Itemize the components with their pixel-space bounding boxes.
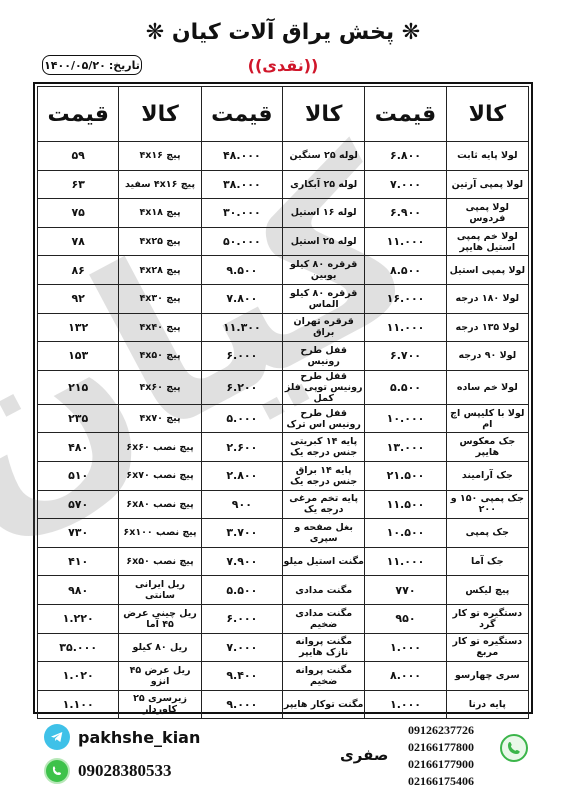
price-cell: ۵۹ — [38, 142, 119, 171]
item-name-cell: لولا پمپی فردوس — [446, 199, 528, 228]
item-name-cell: پیچ ۴x۲۵ — [119, 227, 201, 256]
table-row: لولا پمپی فردوس۶.۹۰۰لوله ۱۶ استیل۳۰.۰۰۰پ… — [38, 199, 529, 228]
table-row: لولا پمپی استیل۸.۵۰۰قرقره ۸۰ کیلو بوبین۹… — [38, 256, 529, 285]
price-cell: ۱۳.۰۰۰ — [365, 433, 446, 462]
item-name-cell: لولا ۱۳۵ درجه — [446, 313, 528, 342]
item-name-cell: قفل طرح رونیس توپی فلز کمل — [283, 370, 365, 404]
whatsapp-icon — [44, 758, 70, 784]
item-name-cell: سری چهارسو — [446, 662, 528, 691]
item-name-cell: لولا پمپی آرتین — [446, 170, 528, 199]
price-cell: ۱.۱۰۰ — [38, 690, 119, 719]
phone-number[interactable]: 02166175406 — [408, 773, 474, 790]
column-header-item: کالا — [119, 87, 201, 142]
item-name-cell: لولا خم ساده — [446, 370, 528, 404]
price-table-frame: کیان کالا قیمت کالا قیمت کالا قیمت لولا … — [33, 82, 533, 714]
item-name-cell: پایه درنا — [446, 690, 528, 719]
price-cell: ۸۶ — [38, 256, 119, 285]
price-table: کالا قیمت کالا قیمت کالا قیمت لولا پایه … — [37, 86, 529, 719]
phone-icon — [500, 734, 528, 762]
item-name-cell: پیچ ۴x۱۸ — [119, 199, 201, 228]
price-cell: ۵.۵۰۰ — [201, 576, 282, 605]
price-cell: ۷۵ — [38, 199, 119, 228]
price-cell: ۷.۰۰۰ — [201, 633, 282, 662]
table-row: دستگیره تو کار گرد۹۵۰مگنت مدادی ضخیم۶.۰۰… — [38, 604, 529, 633]
item-name-cell: قفل طرح رونیس اس ترک — [283, 404, 365, 433]
item-name-cell: پیچ ۴x۴۰ — [119, 313, 201, 342]
item-name-cell: پیچ نصب ۶x۷۰ — [119, 461, 201, 490]
price-cell: ۷.۸۰۰ — [201, 284, 282, 313]
item-name-cell: بغل صفحه و سپری — [283, 519, 365, 548]
date-box: تاریخ: ۱۴۰۰/۰۵/۲۰ — [42, 55, 142, 75]
item-name-cell: ریل چینی عرض ۴۵ آما — [119, 604, 201, 633]
price-cell: ۹.۰۰۰ — [201, 690, 282, 719]
price-cell: ۱۱.۰۰۰ — [365, 313, 446, 342]
price-cell: ۶.۰۰۰ — [201, 604, 282, 633]
price-cell: ۱۵۳ — [38, 342, 119, 371]
item-name-cell: لولا خم پمپی استیل هایپر — [446, 227, 528, 256]
price-cell: ۲۱.۵۰۰ — [365, 461, 446, 490]
item-name-cell: قرقره ۸۰ کیلو بوبین — [283, 256, 365, 285]
price-cell: ۶.۰۰۰ — [201, 342, 282, 371]
table-row: دستگیره تو کار مربع۱.۰۰۰مگنت پروانه نازک… — [38, 633, 529, 662]
item-name-cell: مگنت پروانه ضخیم — [283, 662, 365, 691]
column-header-price: قیمت — [201, 87, 282, 142]
price-cell: ۲.۸۰۰ — [201, 461, 282, 490]
price-cell: ۱۰.۵۰۰ — [365, 519, 446, 548]
table-row: لولا ۱۸۰ درجه۱۶.۰۰۰قرقره ۸۰ کیلو الماس۷.… — [38, 284, 529, 313]
item-name-cell: پیچ ۴x۲۸ — [119, 256, 201, 285]
table-row: جک پمپی۱۰.۵۰۰بغل صفحه و سپری۳.۷۰۰پیچ نصب… — [38, 519, 529, 548]
table-row: لولا ۱۳۵ درجه۱۱.۰۰۰قرقره تهران براق۱۱.۳۰… — [38, 313, 529, 342]
price-cell: ۱.۰۰۰ — [365, 633, 446, 662]
item-name-cell: ریل عرض ۴۵ انزو — [119, 662, 201, 691]
whatsapp-number: 09028380533 — [78, 761, 172, 781]
table-row: سری چهارسو۸.۰۰۰مگنت پروانه ضخیم۹.۴۰۰ریل … — [38, 662, 529, 691]
price-cell: ۴۸.۰۰۰ — [201, 142, 282, 171]
whatsapp-contact[interactable]: 09028380533 — [44, 754, 264, 788]
item-name-cell: قرقره ۸۰ کیلو الماس — [283, 284, 365, 313]
item-name-cell: مگنت مدادی ضخیم — [283, 604, 365, 633]
price-cell: ۶.۸۰۰ — [365, 142, 446, 171]
price-cell: ۵۰.۰۰۰ — [201, 227, 282, 256]
table-row: جک پمپی ۱۵۰ و ۲۰۰۱۱.۵۰۰پایه تخم مرغی درج… — [38, 490, 529, 519]
item-name-cell: لوله ۲۵ آبکاری — [283, 170, 365, 199]
item-name-cell: پیچ ۴x۳۰ — [119, 284, 201, 313]
price-cell: ۱۱.۰۰۰ — [365, 227, 446, 256]
price-cell: ۸.۵۰۰ — [365, 256, 446, 285]
column-header-price: قیمت — [38, 87, 119, 142]
price-cell: ۳۵.۰۰۰ — [38, 633, 119, 662]
item-name-cell: پیچ نصب ۶x۵۰ — [119, 547, 201, 576]
table-row: جک معکوس هایپر۱۳.۰۰۰پایه ۱۴ کبریتی جنس د… — [38, 433, 529, 462]
item-name-cell: دستگیره تو کار مربع — [446, 633, 528, 662]
price-cell: ۷۳۰ — [38, 519, 119, 548]
item-name-cell: پیچ ۴x۷۰ — [119, 404, 201, 433]
telegram-contact[interactable]: pakhshe_kian — [44, 720, 264, 754]
item-name-cell: جک معکوس هایپر — [446, 433, 528, 462]
item-name-cell: ریل ایرانی سانتی — [119, 576, 201, 605]
page-title: ❋ پخش یراق آلات کیان ❋ — [0, 20, 566, 45]
item-name-cell: ریل ۸۰ کیلو — [119, 633, 201, 662]
item-name-cell: پیچ نصب ۶x۶۰ — [119, 433, 201, 462]
item-name-cell: لولا ۱۸۰ درجه — [446, 284, 528, 313]
phone-number[interactable]: 02166177900 — [408, 756, 474, 773]
column-header-item: کالا — [446, 87, 528, 142]
table-row: لولا پمپی آرتین۷.۰۰۰لوله ۲۵ آبکاری۳۸.۰۰۰… — [38, 170, 529, 199]
item-name-cell: پیچ نصب ۶x۸۰ — [119, 490, 201, 519]
phone-number[interactable]: 09126237726 — [408, 722, 474, 739]
item-name-cell: زیرسری ۲۵ کاوردار — [119, 690, 201, 719]
telegram-handle: pakhshe_kian — [78, 728, 200, 747]
table-row: لولا ۹۰ درجه۶.۷۰۰قفل طرح رونیس۶.۰۰۰پیچ ۴… — [38, 342, 529, 371]
table-row: پایه درنا۱.۰۰۰مگنت توکار هایپر۹.۰۰۰زیرسر… — [38, 690, 529, 719]
date-label: تاریخ: — [109, 59, 140, 72]
price-cell: ۸.۰۰۰ — [365, 662, 446, 691]
price-cell: ۵۷۰ — [38, 490, 119, 519]
price-cell: ۷.۰۰۰ — [365, 170, 446, 199]
item-name-cell: لوله ۲۵ سنگین — [283, 142, 365, 171]
price-cell: ۱۱.۵۰۰ — [365, 490, 446, 519]
table-row: لولا با کلیپس اچ ام۱۰.۰۰۰قفل طرح رونیس ا… — [38, 404, 529, 433]
price-cell: ۱۱.۳۰۰ — [201, 313, 282, 342]
price-cell: ۶.۹۰۰ — [365, 199, 446, 228]
price-cell: ۲۳۵ — [38, 404, 119, 433]
item-name-cell: پایه تخم مرغی درجه یک — [283, 490, 365, 519]
item-name-cell: مگنت استیل میلو — [283, 547, 365, 576]
social-contacts: pakhshe_kian 09028380533 — [44, 720, 264, 788]
table-row: جک آما۱۱.۰۰۰مگنت استیل میلو۷.۹۰۰پیچ نصب … — [38, 547, 529, 576]
price-cell: ۶.۷۰۰ — [365, 342, 446, 371]
price-cell: ۹۵۰ — [365, 604, 446, 633]
price-cell: ۹.۴۰۰ — [201, 662, 282, 691]
price-cell: ۱.۰۰۰ — [365, 690, 446, 719]
item-name-cell: پیچ ۴x۶۰ — [119, 370, 201, 404]
item-name-cell: لوله ۲۵ استیل — [283, 227, 365, 256]
column-header-price: قیمت — [365, 87, 446, 142]
column-header-item: کالا — [283, 87, 365, 142]
price-cell: ۴۱۰ — [38, 547, 119, 576]
price-cell: ۲.۶۰۰ — [201, 433, 282, 462]
item-name-cell: لولا پمپی استیل — [446, 256, 528, 285]
item-name-cell: لولا با کلیپس اچ ام — [446, 404, 528, 433]
item-name-cell: جک آرامیند — [446, 461, 528, 490]
price-cell: ۱۳۲ — [38, 313, 119, 342]
price-cell: ۳۸.۰۰۰ — [201, 170, 282, 199]
item-name-cell: پیچ لیکس — [446, 576, 528, 605]
price-cell: ۴۸۰ — [38, 433, 119, 462]
price-cell: ۷۸ — [38, 227, 119, 256]
item-name-cell: پایه ۱۴ براق جنس درجه یک — [283, 461, 365, 490]
price-cell: ۹۸۰ — [38, 576, 119, 605]
telegram-icon — [44, 724, 70, 750]
item-name-cell: پایه ۱۴ کبریتی جنس درجه یک — [283, 433, 365, 462]
price-cell: ۵.۰۰۰ — [201, 404, 282, 433]
item-name-cell: لولا پایه ثابت — [446, 142, 528, 171]
table-row: جک آرامیند۲۱.۵۰۰پایه ۱۴ براق جنس درجه یک… — [38, 461, 529, 490]
phone-list: 09126237726 02166177800 02166177900 0216… — [408, 722, 474, 790]
item-name-cell: قفل طرح رونیس — [283, 342, 365, 371]
item-name-cell: جک آما — [446, 547, 528, 576]
item-name-cell: قرقره تهران براق — [283, 313, 365, 342]
price-cell: ۱۰.۰۰۰ — [365, 404, 446, 433]
item-name-cell: پیچ ۴x۵۰ — [119, 342, 201, 371]
price-cell: ۳۰.۰۰۰ — [201, 199, 282, 228]
table-row: لولا خم ساده۵.۵۰۰قفل طرح رونیس توپی فلز … — [38, 370, 529, 404]
table-row: لولا خم پمپی استیل هایپر۱۱.۰۰۰لوله ۲۵ اس… — [38, 227, 529, 256]
price-cell: ۵۱۰ — [38, 461, 119, 490]
table-row: پیچ لیکس۷۷۰مگنت مدادی۵.۵۰۰ریل ایرانی سان… — [38, 576, 529, 605]
price-cell: ۶۳ — [38, 170, 119, 199]
price-cell: ۷.۹۰۰ — [201, 547, 282, 576]
table-header-row: کالا قیمت کالا قیمت کالا قیمت — [38, 87, 529, 142]
price-cell: ۵.۵۰۰ — [365, 370, 446, 404]
item-name-cell: دستگیره تو کار گرد — [446, 604, 528, 633]
price-cell: ۹۲ — [38, 284, 119, 313]
price-cell: ۹.۵۰۰ — [201, 256, 282, 285]
date-value: ۱۴۰۰/۰۵/۲۰ — [44, 59, 106, 72]
price-cell: ۳.۷۰۰ — [201, 519, 282, 548]
price-cell: ۱۱.۰۰۰ — [365, 547, 446, 576]
item-name-cell: پیچ ۴x۱۶ سفید — [119, 170, 201, 199]
item-name-cell: مگنت توکار هایپر — [283, 690, 365, 719]
phone-contacts: صفری 09126237726 02166177800 02166177900… — [340, 720, 540, 790]
price-cell: ۱.۰۲۰ — [38, 662, 119, 691]
price-cell: ۹۰۰ — [201, 490, 282, 519]
table-row: لولا پایه ثابت۶.۸۰۰لوله ۲۵ سنگین۴۸.۰۰۰پی… — [38, 142, 529, 171]
phone-number[interactable]: 02166177800 — [408, 739, 474, 756]
price-cell: ۱۶.۰۰۰ — [365, 284, 446, 313]
item-name-cell: جک پمپی — [446, 519, 528, 548]
price-cell: ۷۷۰ — [365, 576, 446, 605]
item-name-cell: جک پمپی ۱۵۰ و ۲۰۰ — [446, 490, 528, 519]
item-name-cell: لوله ۱۶ استیل — [283, 199, 365, 228]
item-name-cell: پیچ ۴x۱۶ — [119, 142, 201, 171]
price-cell: ۲۱۵ — [38, 370, 119, 404]
item-name-cell: لولا ۹۰ درجه — [446, 342, 528, 371]
price-cell: ۶.۲۰۰ — [201, 370, 282, 404]
item-name-cell: مگنت مدادی — [283, 576, 365, 605]
item-name-cell: پیچ نصب ۶x۱۰۰ — [119, 519, 201, 548]
item-name-cell: مگنت پروانه نازک هایپر — [283, 633, 365, 662]
contact-name: صفری — [340, 746, 388, 764]
price-cell: ۱.۲۲۰ — [38, 604, 119, 633]
